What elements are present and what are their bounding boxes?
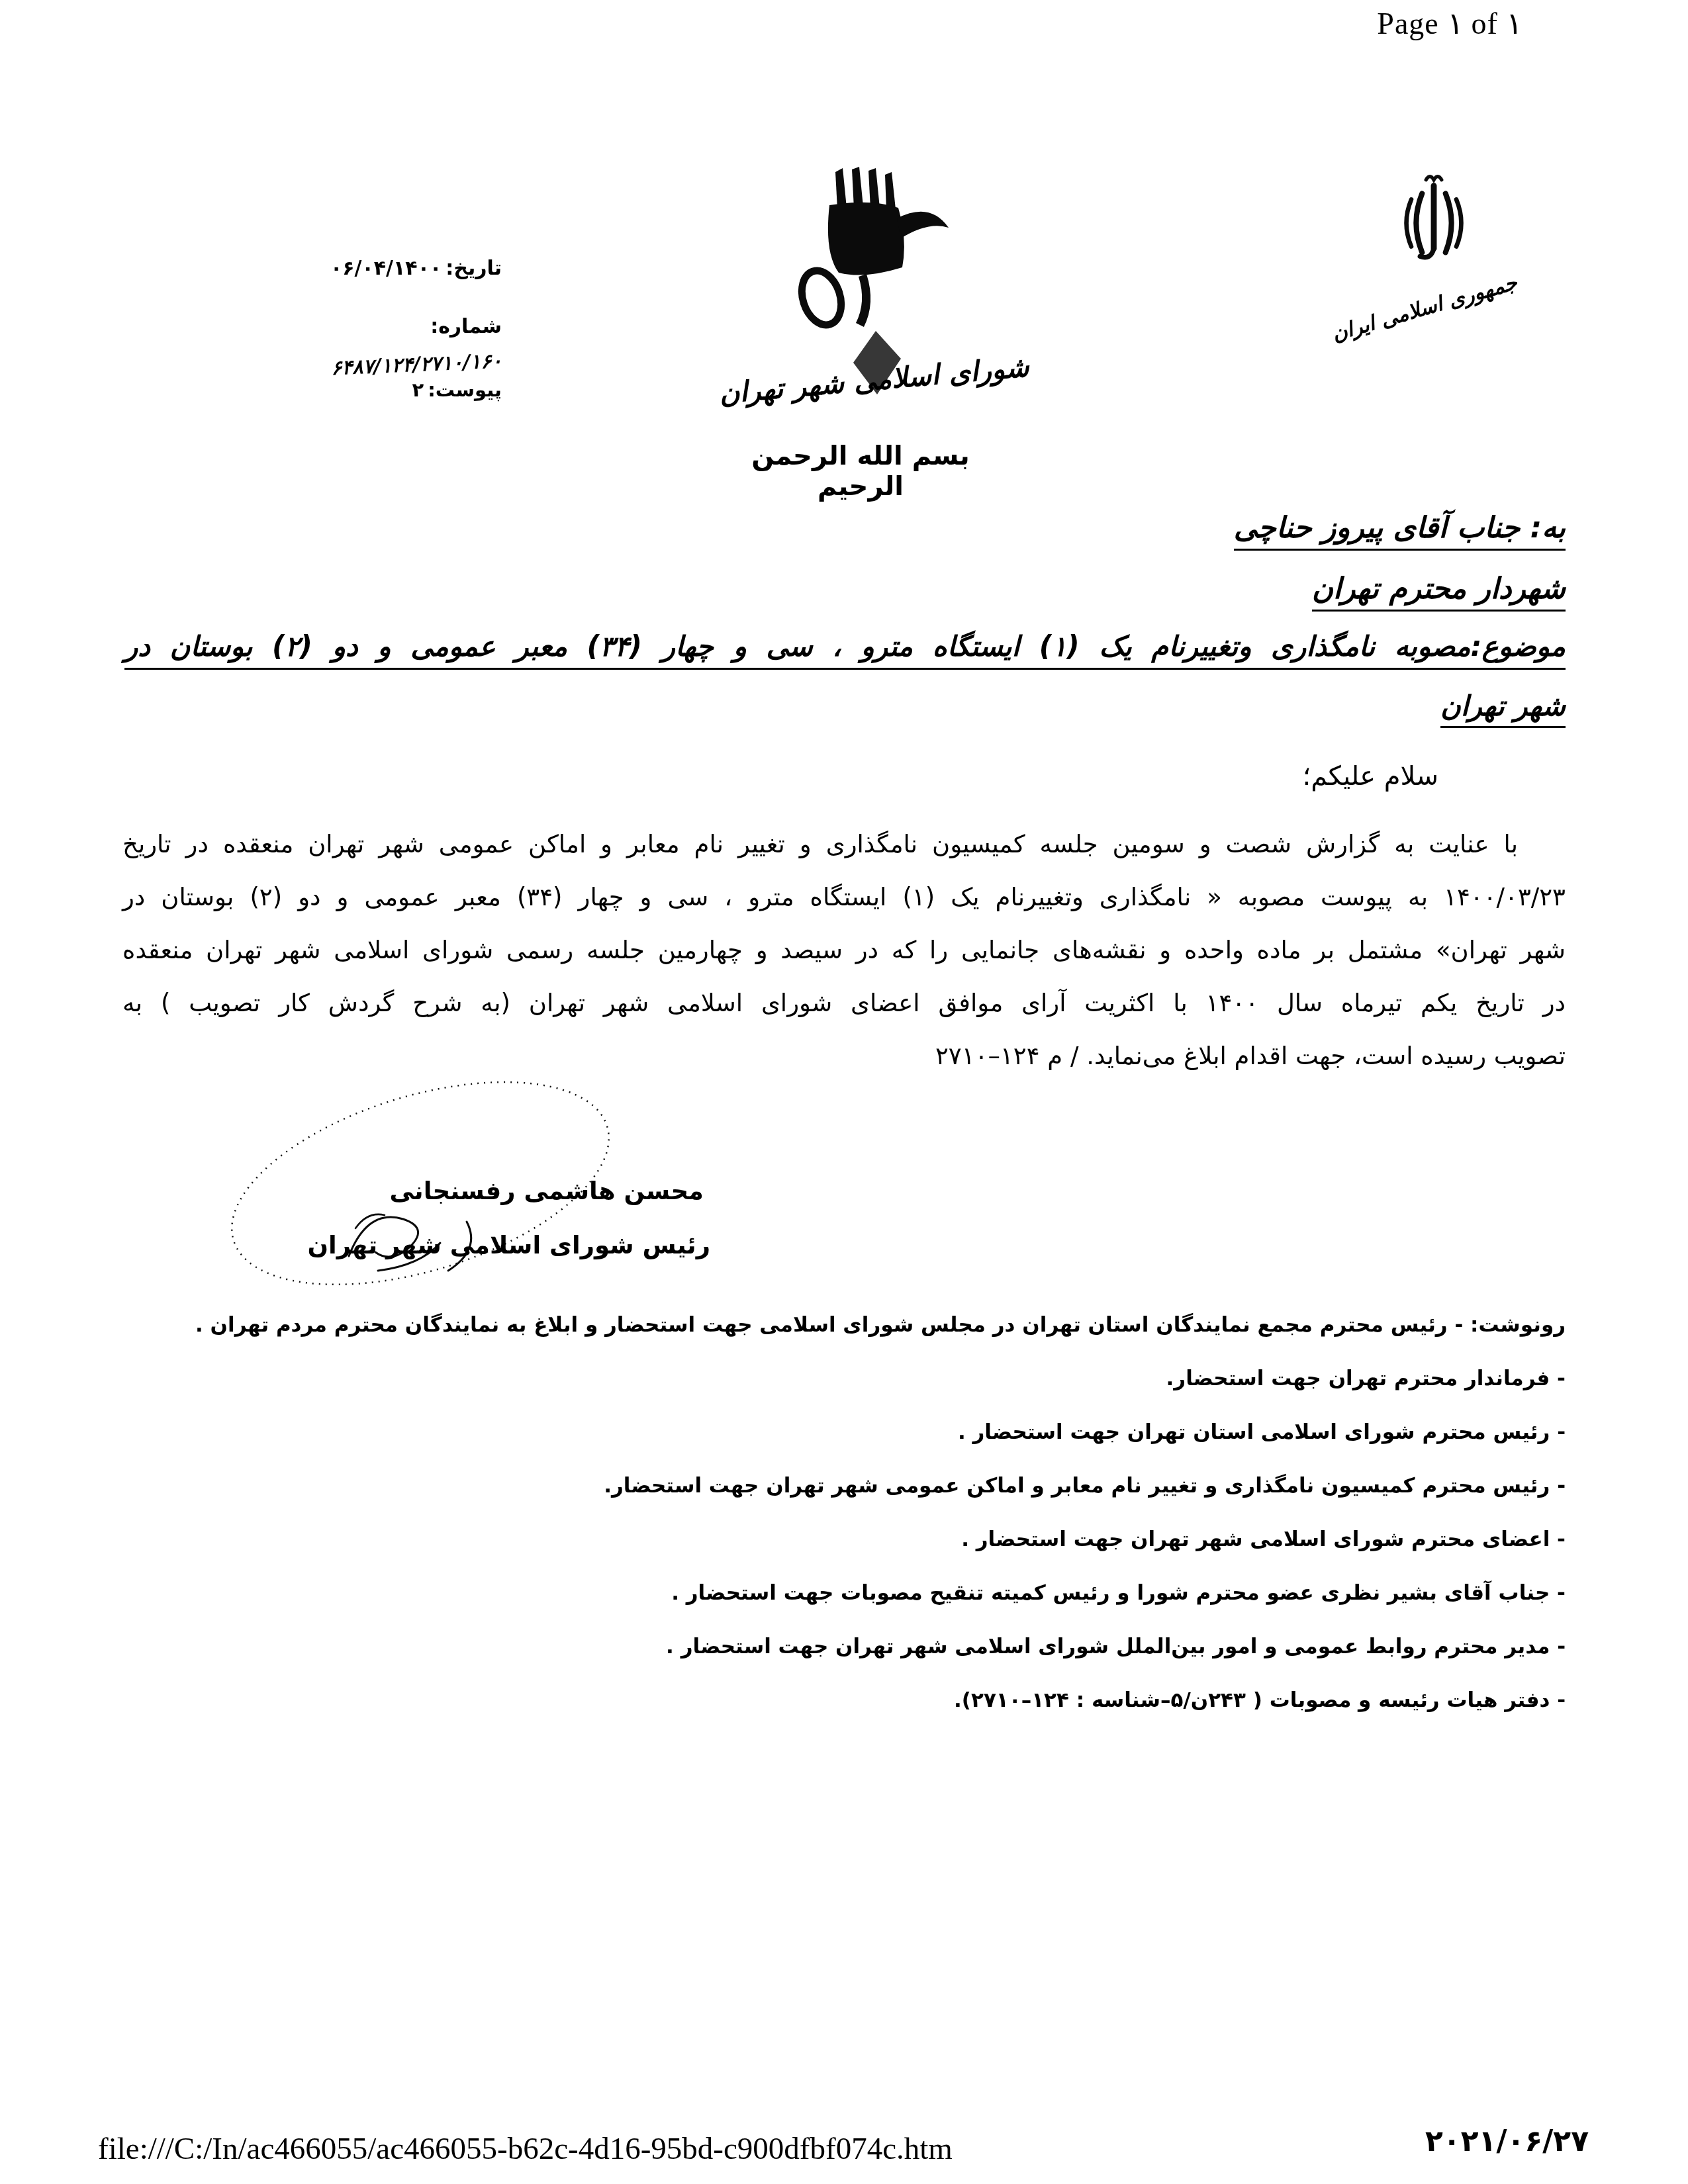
number-value: ۶۴۸۷/۱۲۴/۲۷۱۰/۱۶۰ [330, 349, 502, 380]
attachment-label: پیوست: [428, 379, 502, 401]
subject-line-2: شهر تهران [1440, 690, 1566, 722]
bismillah: بسم الله الرحمن الرحیم [715, 441, 1006, 502]
cc-item: - فرماندار محترم تهران جهت استحضار. [122, 1352, 1566, 1406]
cc-item: - رئیس محترم شورای اسلامی استان تهران جه… [122, 1406, 1566, 1459]
addressee-name: به: جناب آقای پیروز حناچی [1234, 511, 1566, 551]
letter-meta-block: تاریخ:۰۶/۰۴/۱۴۰۰ شماره: ۶۴۸۷/۱۲۴/۲۷۱۰/۱۶… [184, 257, 502, 409]
body-line: در تاریخ یکم تیرماه سال ۱۴۰۰ با اکثریت آ… [122, 977, 1566, 1030]
date-label: تاریخ: [445, 257, 502, 280]
print-file-url: file:///C:/In/ac466055/ac466055-b62c-4d1… [98, 2131, 953, 2167]
attachment-value: ۲ [412, 379, 424, 401]
number-label: شماره: [430, 315, 502, 338]
print-page-number: Page ۱ of ۱ [1377, 5, 1523, 41]
body-line: ۱۴۰۰/۰۳/۲۳ به پیوست مصوبه « نامگذاری وتغ… [122, 871, 1566, 924]
body-line: با عنایت به گزارش شصت و سومین جلسه کمیسی… [122, 818, 1566, 871]
cc-item: - اعضای محترم شورای اسلامی شهر تهران جهت… [122, 1513, 1566, 1567]
cc-item: - مدیر محترم روابط عمومی و امور بین‌المل… [122, 1620, 1566, 1674]
iran-emblem-icon [1383, 172, 1484, 270]
signatory-name: محسن هاشمی رفسنجانی [389, 1177, 704, 1205]
cc-item: - رئیس محترم کمیسیون نامگذاری و تغییر نا… [122, 1459, 1566, 1513]
cc-item: - جناب آقای بشیر نظری عضو محترم شورا و ر… [122, 1567, 1566, 1620]
letter-date-row: تاریخ:۰۶/۰۴/۱۴۰۰ [330, 257, 502, 280]
addressee-line: به: جناب آقای پیروز حناچی [1234, 511, 1566, 545]
cc-item: رونوشت: - رئیس محترم مجمع نمایندگان استا… [122, 1298, 1566, 1352]
addressee-title: شهردار محترم تهران [1312, 572, 1566, 612]
attachment-row: پیوست:۲ [412, 379, 502, 401]
print-date: ۲۰۲۱/۰۶/۲۷ [1425, 2124, 1589, 2158]
letter-body: با عنایت به گزارش شصت و سومین جلسه کمیسی… [122, 818, 1566, 1083]
scanned-letter-page: Page ۱ of ۱ تاریخ:۰۶/۰۴/۱۴۰۰ شماره: ۶۴۸۷… [0, 0, 1688, 2184]
body-line: شهر تهران» مشتمل بر ماده واحده و نقشه‌ها… [122, 924, 1566, 977]
date-value: ۰۶/۰۴/۱۴۰۰ [330, 257, 442, 280]
iran-emblem-caption: جمهوری اسلامی ایران [1319, 268, 1530, 349]
subject-line-1: موضوع:مصوبه نامگذاری وتغییرنام یک (۱) ای… [124, 630, 1566, 670]
subject-line-2-text: شهر تهران [1440, 690, 1566, 728]
cc-list: رونوشت: - رئیس محترم مجمع نمایندگان استا… [122, 1298, 1566, 1727]
addressee-title-line: شهردار محترم تهران [1312, 572, 1566, 606]
cc-item: - دفتر هیات رئیسه و مصوبات ( ۲۴۳ن/۵–شناس… [122, 1674, 1566, 1727]
signatory-title: رئیس شورای اسلامی شهر تهران [307, 1231, 710, 1259]
salutation: سلام علیکم؛ [1303, 761, 1438, 792]
